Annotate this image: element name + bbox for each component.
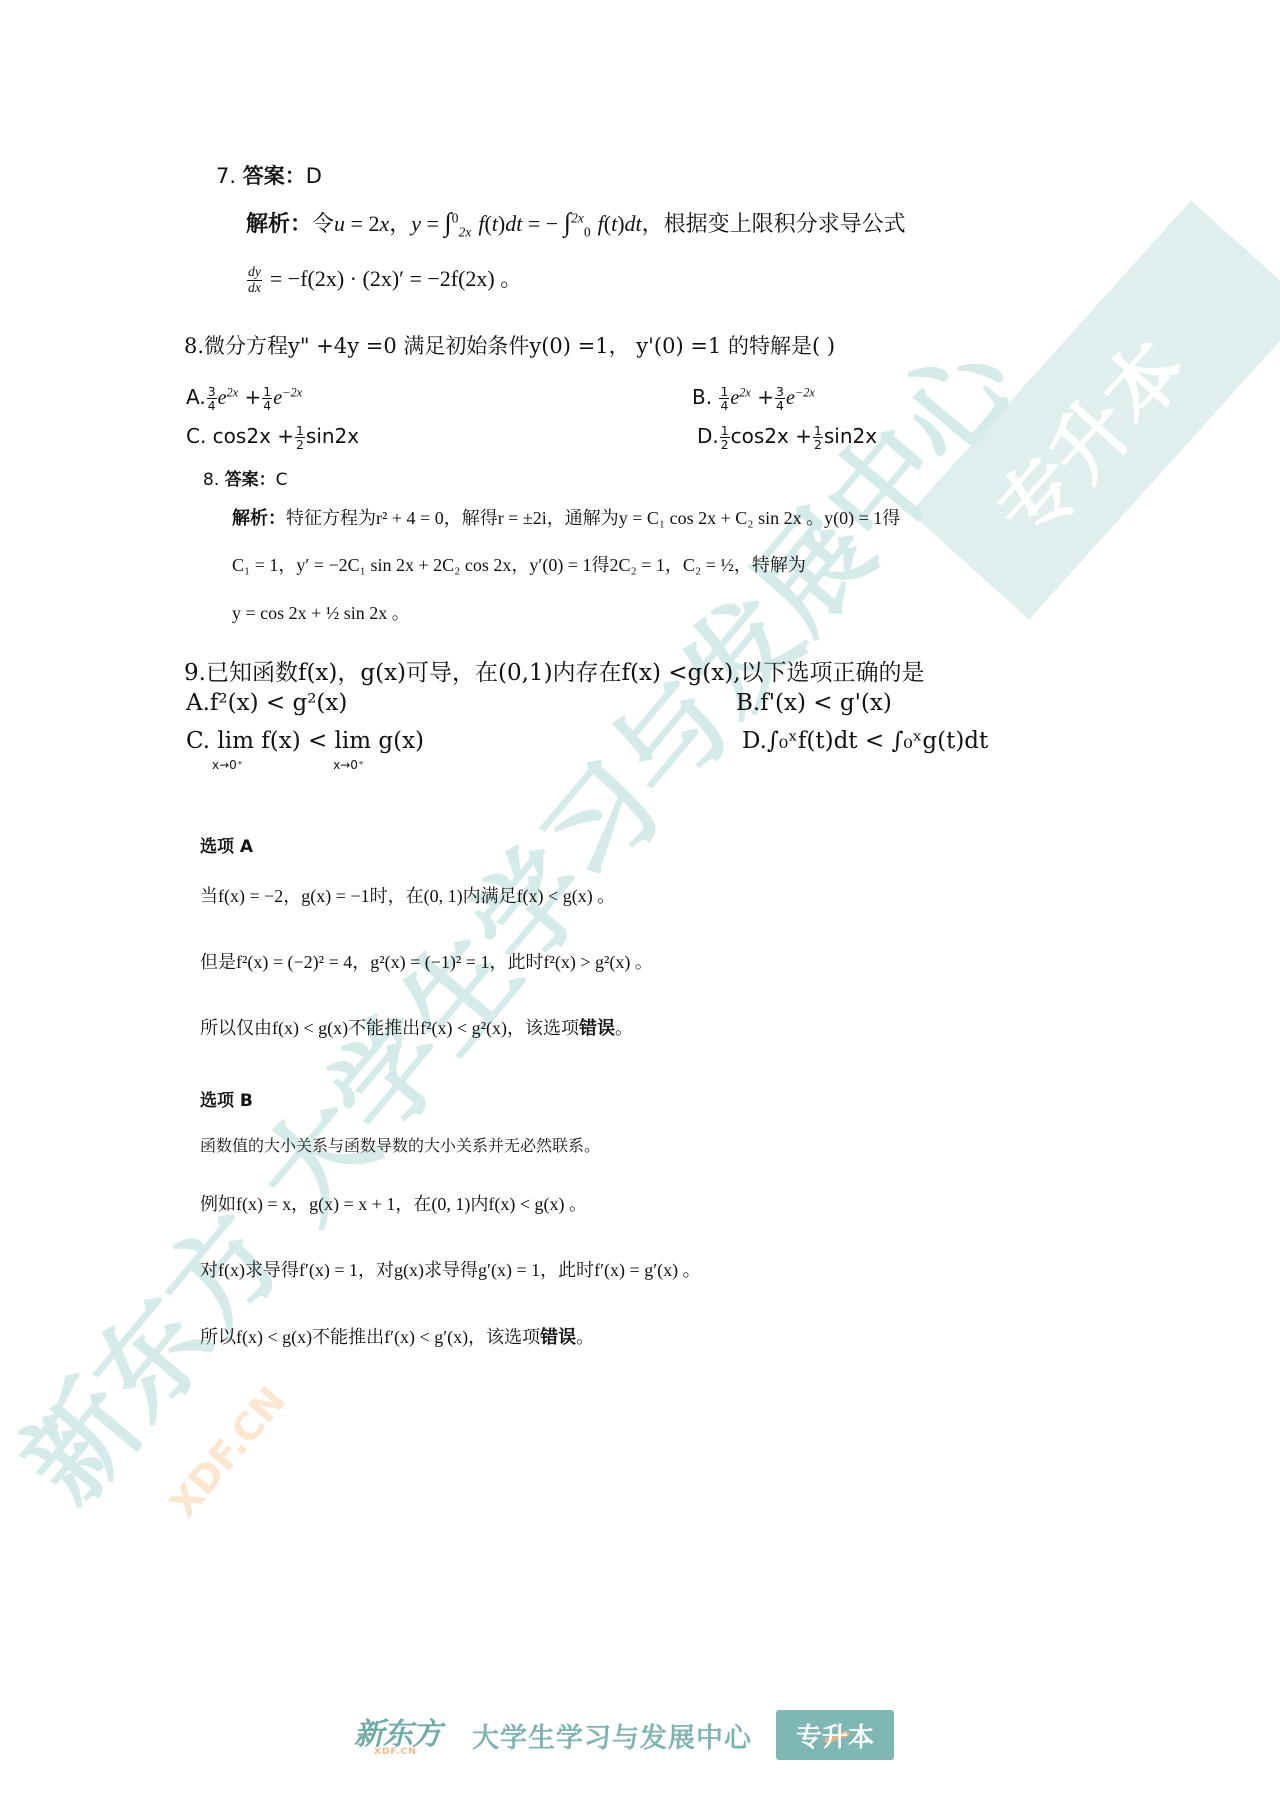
option-b-line3: 对f(x)求导得f′(x) = 1，对g(x)求导得g′(x) = 1，此时f′…: [200, 1256, 701, 1282]
q8-analysis-line3: y = cos 2x + ½ sin 2x 。: [232, 599, 410, 625]
zhuanshengben-badge: 专升本: [776, 1710, 894, 1760]
q8-analysis-line2: C₁ = 1，y′ = −2C₁ sin 2x + 2C₂ cos 2x，y′(…: [232, 551, 806, 577]
xdf-logo: 新东方 XDF.CN: [350, 1705, 460, 1765]
q9-option-c-subscripts: x→0⁺x→0⁺: [212, 758, 364, 772]
option-a-line3: 所以仅由f(x) < g(x)不能推出f²(x) < g²(x)，该选项错误。: [200, 1014, 633, 1040]
incorrect-label: 错误: [579, 1018, 615, 1039]
watermark-band: [910, 200, 1280, 619]
q8-option-b: B. 14e2x +34e−2x: [692, 385, 815, 412]
option-b-line4: 所以f(x) < g(x)不能推出f′(x) < g′(x)，该选项错误。: [200, 1323, 594, 1349]
q9-stem: 9.已知函数f(x)，g(x)可导，在(0,1)内存在f(x) <g(x),以下…: [184, 654, 925, 687]
footer-brand: 新东方 XDF.CN 大学生学习与发展中心 专升本: [350, 1700, 894, 1770]
watermark-band-text: 专升本: [967, 312, 1207, 561]
q8-option-d: D.12cos2x +12sin2x: [697, 424, 877, 451]
option-a-line1: 当f(x) = −2，g(x) = −1时，在(0, 1)内满足f(x) < g…: [200, 882, 615, 908]
q8-stem: 8.微分方程y" +4y =0 满足初始条件y(0) =1， y'(0) =1 …: [184, 330, 835, 360]
q8-option-a: A.34e2x +14e−2x: [186, 385, 302, 412]
q9-option-c: C. lim f(x) < lim g(x): [186, 728, 424, 754]
q8-answer-line: 8. 答案：C: [203, 465, 288, 490]
option-b-line1: 函数值的大小关系与函数导数的大小关系并无必然联系。: [200, 1133, 600, 1156]
watermark-layer: 专升本 新东方 大学生学习与发展中心 XDF.CN: [0, 0, 1280, 1809]
option-b-line2: 例如f(x) = x，g(x) = x + 1，在(0, 1)内f(x) < g…: [200, 1190, 587, 1216]
option-b-heading: 选项 B: [200, 1086, 253, 1111]
incorrect-label: 错误: [540, 1327, 576, 1348]
answer-value: D: [306, 164, 322, 188]
q7-analysis-line1: 解析：令u = 2x，y = ∫02x f(t)dt = − ∫2x0 f(t)…: [246, 207, 906, 238]
q9-option-a: A.f²(x) < g²(x): [186, 690, 347, 716]
q8-option-c: C. cos2x +12sin2x: [186, 424, 359, 451]
watermark-xdf-url: XDF.CN: [161, 1378, 295, 1525]
q7-analysis-line2: dydx = −f(2x) · (2x)′ = −2f(2x) 。: [246, 262, 522, 295]
answer-label: 答案：: [243, 164, 306, 188]
q8-analysis-line1: 解析：特征方程为r² + 4 = 0，解得r = ±2i，通解为y = C₁ c…: [232, 504, 900, 530]
center-name: 大学生学习与发展中心: [472, 1716, 752, 1755]
q9-option-d: D.∫₀ˣf(t)dt < ∫₀ˣg(t)dt: [742, 728, 988, 754]
q7-answer-line: 7. 答案：D: [216, 160, 322, 190]
q9-option-b: B.f'(x) < g'(x): [736, 690, 892, 716]
option-a-heading: 选项 A: [200, 832, 253, 857]
option-a-line2: 但是f²(x) = (−2)² = 4，g²(x) = (−1)² = 1，此时…: [200, 948, 653, 974]
logo-en-text: XDF.CN: [374, 1747, 417, 1757]
